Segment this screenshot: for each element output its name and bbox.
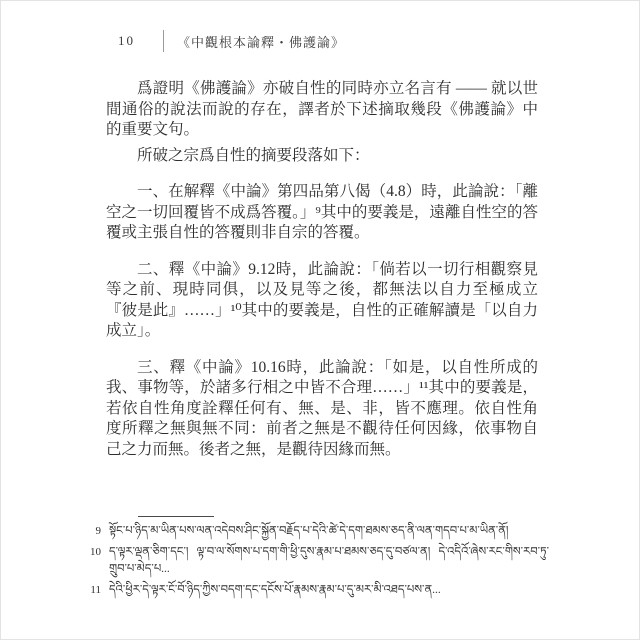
paragraph-item-2: 二、釋《中論》9.12時，此論說：「倘若以一切行相觀察見等之前、現時同俱，以及見… xyxy=(106,260,538,342)
paragraph-lead: 所破之宗爲自性的摘要段落如下： xyxy=(106,146,538,167)
page-number: 10 xyxy=(118,33,135,49)
footnote-text-tibetan: དེའི་ཕྱིར་དེ་ལྟར་ངོ་བོ་ཉིད་ཀྱིས་བདག་དང་ད… xyxy=(109,582,549,599)
footnote-9: 9 སྟོང་པ་ཉིད་མ་ཡིན་པས་ལན་འདེབས་ཤིང་སྐྱོན… xyxy=(87,523,549,540)
footnote-text-tibetan: ད་ལྟར་ལྡན་ཅིག་དང་། ལྟ་བ་ལ་སོགས་པ་དག་གི་ཕ… xyxy=(109,544,549,578)
footnotes: 9 སྟོང་པ་ཉིད་མ་ཡིན་པས་ལན་འདེབས་ཤིང་སྐྱོན… xyxy=(87,523,549,603)
paragraph-item-3: 三、釋《中論》10.16時，此論說：「如是，以自性所成的我、事物等，於諸多行相之… xyxy=(106,358,538,461)
running-header: 10 《中觀根本論釋・佛護論》 xyxy=(118,29,345,53)
paragraph-item-1: 一、在解釋《中論》第四品第八偈（4.8）時，此論說：「離空之一切回覆皆不成爲答覆… xyxy=(106,182,538,244)
footnote-11: 11 དེའི་ཕྱིར་དེ་ལྟར་ངོ་བོ་ཉིད་ཀྱིས་བདག་ད… xyxy=(87,582,549,599)
footnote-number: 11 xyxy=(87,582,101,599)
header-divider-rule xyxy=(163,30,164,52)
footnote-separator-rule xyxy=(138,516,214,517)
body-text: 爲證明《佛護論》亦破自性的同時亦立名言有 —— 就以世間通俗的說法而說的存在，譯… xyxy=(106,79,538,460)
footnote-10: 10 ད་ལྟར་ལྡན་ཅིག་དང་། ལྟ་བ་ལ་སོགས་པ་དག་ག… xyxy=(87,544,549,578)
footnote-text-tibetan: སྟོང་པ་ཉིད་མ་ཡིན་པས་ལན་འདེབས་ཤིང་སྐྱོན་བ… xyxy=(109,523,549,540)
book-page: 10 《中觀根本論釋・佛護論》 爲證明《佛護論》亦破自性的同時亦立名言有 —— … xyxy=(0,0,640,640)
footnote-number: 9 xyxy=(87,523,101,540)
paragraph-intro: 爲證明《佛護論》亦破自性的同時亦立名言有 —— 就以世間通俗的說法而說的存在，譯… xyxy=(106,79,538,141)
footnote-number: 10 xyxy=(87,544,101,561)
book-title: 《中觀根本論釋・佛護論》 xyxy=(177,32,345,51)
